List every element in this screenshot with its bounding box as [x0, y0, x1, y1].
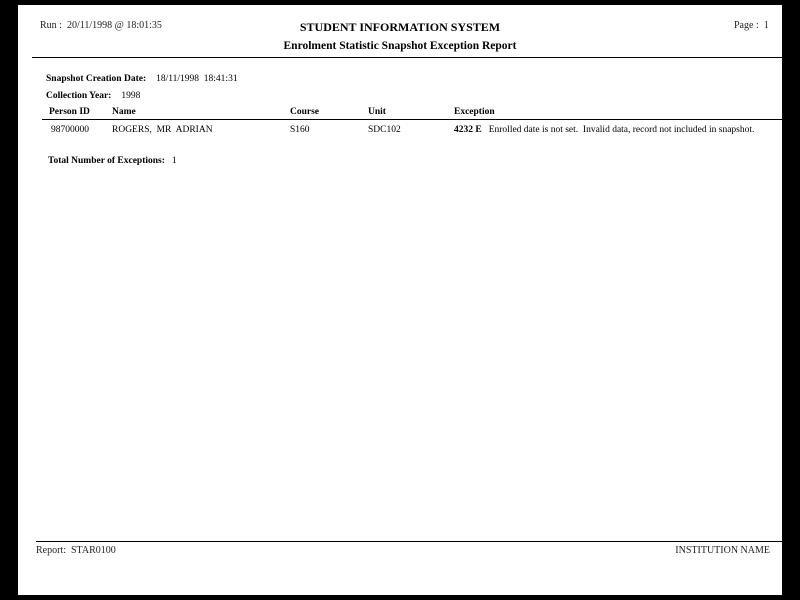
institution-name: INSTITUTION NAME	[675, 545, 770, 556]
cell-person-id: 98700000	[51, 125, 89, 135]
exception-code: 4232 E	[454, 125, 482, 135]
cell-name: ROGERS, MR ADRIAN	[112, 125, 213, 135]
cell-course: S160	[290, 125, 310, 135]
collection-value: 1998	[121, 91, 140, 101]
report-title: STUDENT INFORMATION SYSTEM	[0, 20, 800, 35]
snapshot-creation-date: Snapshot Creation Date: 18/11/1998 18:41…	[46, 68, 238, 86]
collection-year: Collection Year: 1998	[46, 85, 140, 103]
total-label: Total Number of Exceptions:	[48, 156, 165, 166]
column-header-unit: Unit	[368, 107, 386, 117]
report-page: Run : 20/11/1998 @ 18:01:35 STUDENT INFO…	[18, 5, 782, 595]
column-header-course: Course	[290, 107, 319, 117]
page-value: 1	[764, 20, 769, 31]
report-subtitle: Enrolment Statistic Snapshot Exception R…	[0, 40, 800, 52]
report-value: STAR0100	[71, 545, 116, 556]
total-exceptions: Total Number of Exceptions: 1	[48, 150, 177, 168]
column-header-person-id: Person ID	[49, 107, 90, 117]
column-header-exception: Exception	[454, 107, 495, 117]
column-header-divider	[42, 119, 782, 120]
snapshot-value: 18/11/1998 18:41:31	[156, 74, 237, 84]
column-header-name: Name	[112, 107, 136, 117]
report-label: Report:	[36, 545, 66, 556]
footer-divider	[36, 541, 782, 542]
collection-label: Collection Year:	[46, 91, 111, 101]
exception-text: Enrolled date is not set. Invalid data, …	[489, 125, 755, 135]
total-value: 1	[172, 156, 177, 166]
page-number: Page : 1	[734, 20, 769, 31]
header-divider	[32, 57, 782, 58]
snapshot-label: Snapshot Creation Date:	[46, 74, 146, 84]
cell-exception: 4232 EEnrolled date is not set. Invalid …	[454, 125, 754, 135]
cell-unit: SDC102	[368, 125, 401, 135]
page-label: Page :	[734, 20, 759, 31]
report-id: Report: STAR0100	[36, 545, 116, 556]
